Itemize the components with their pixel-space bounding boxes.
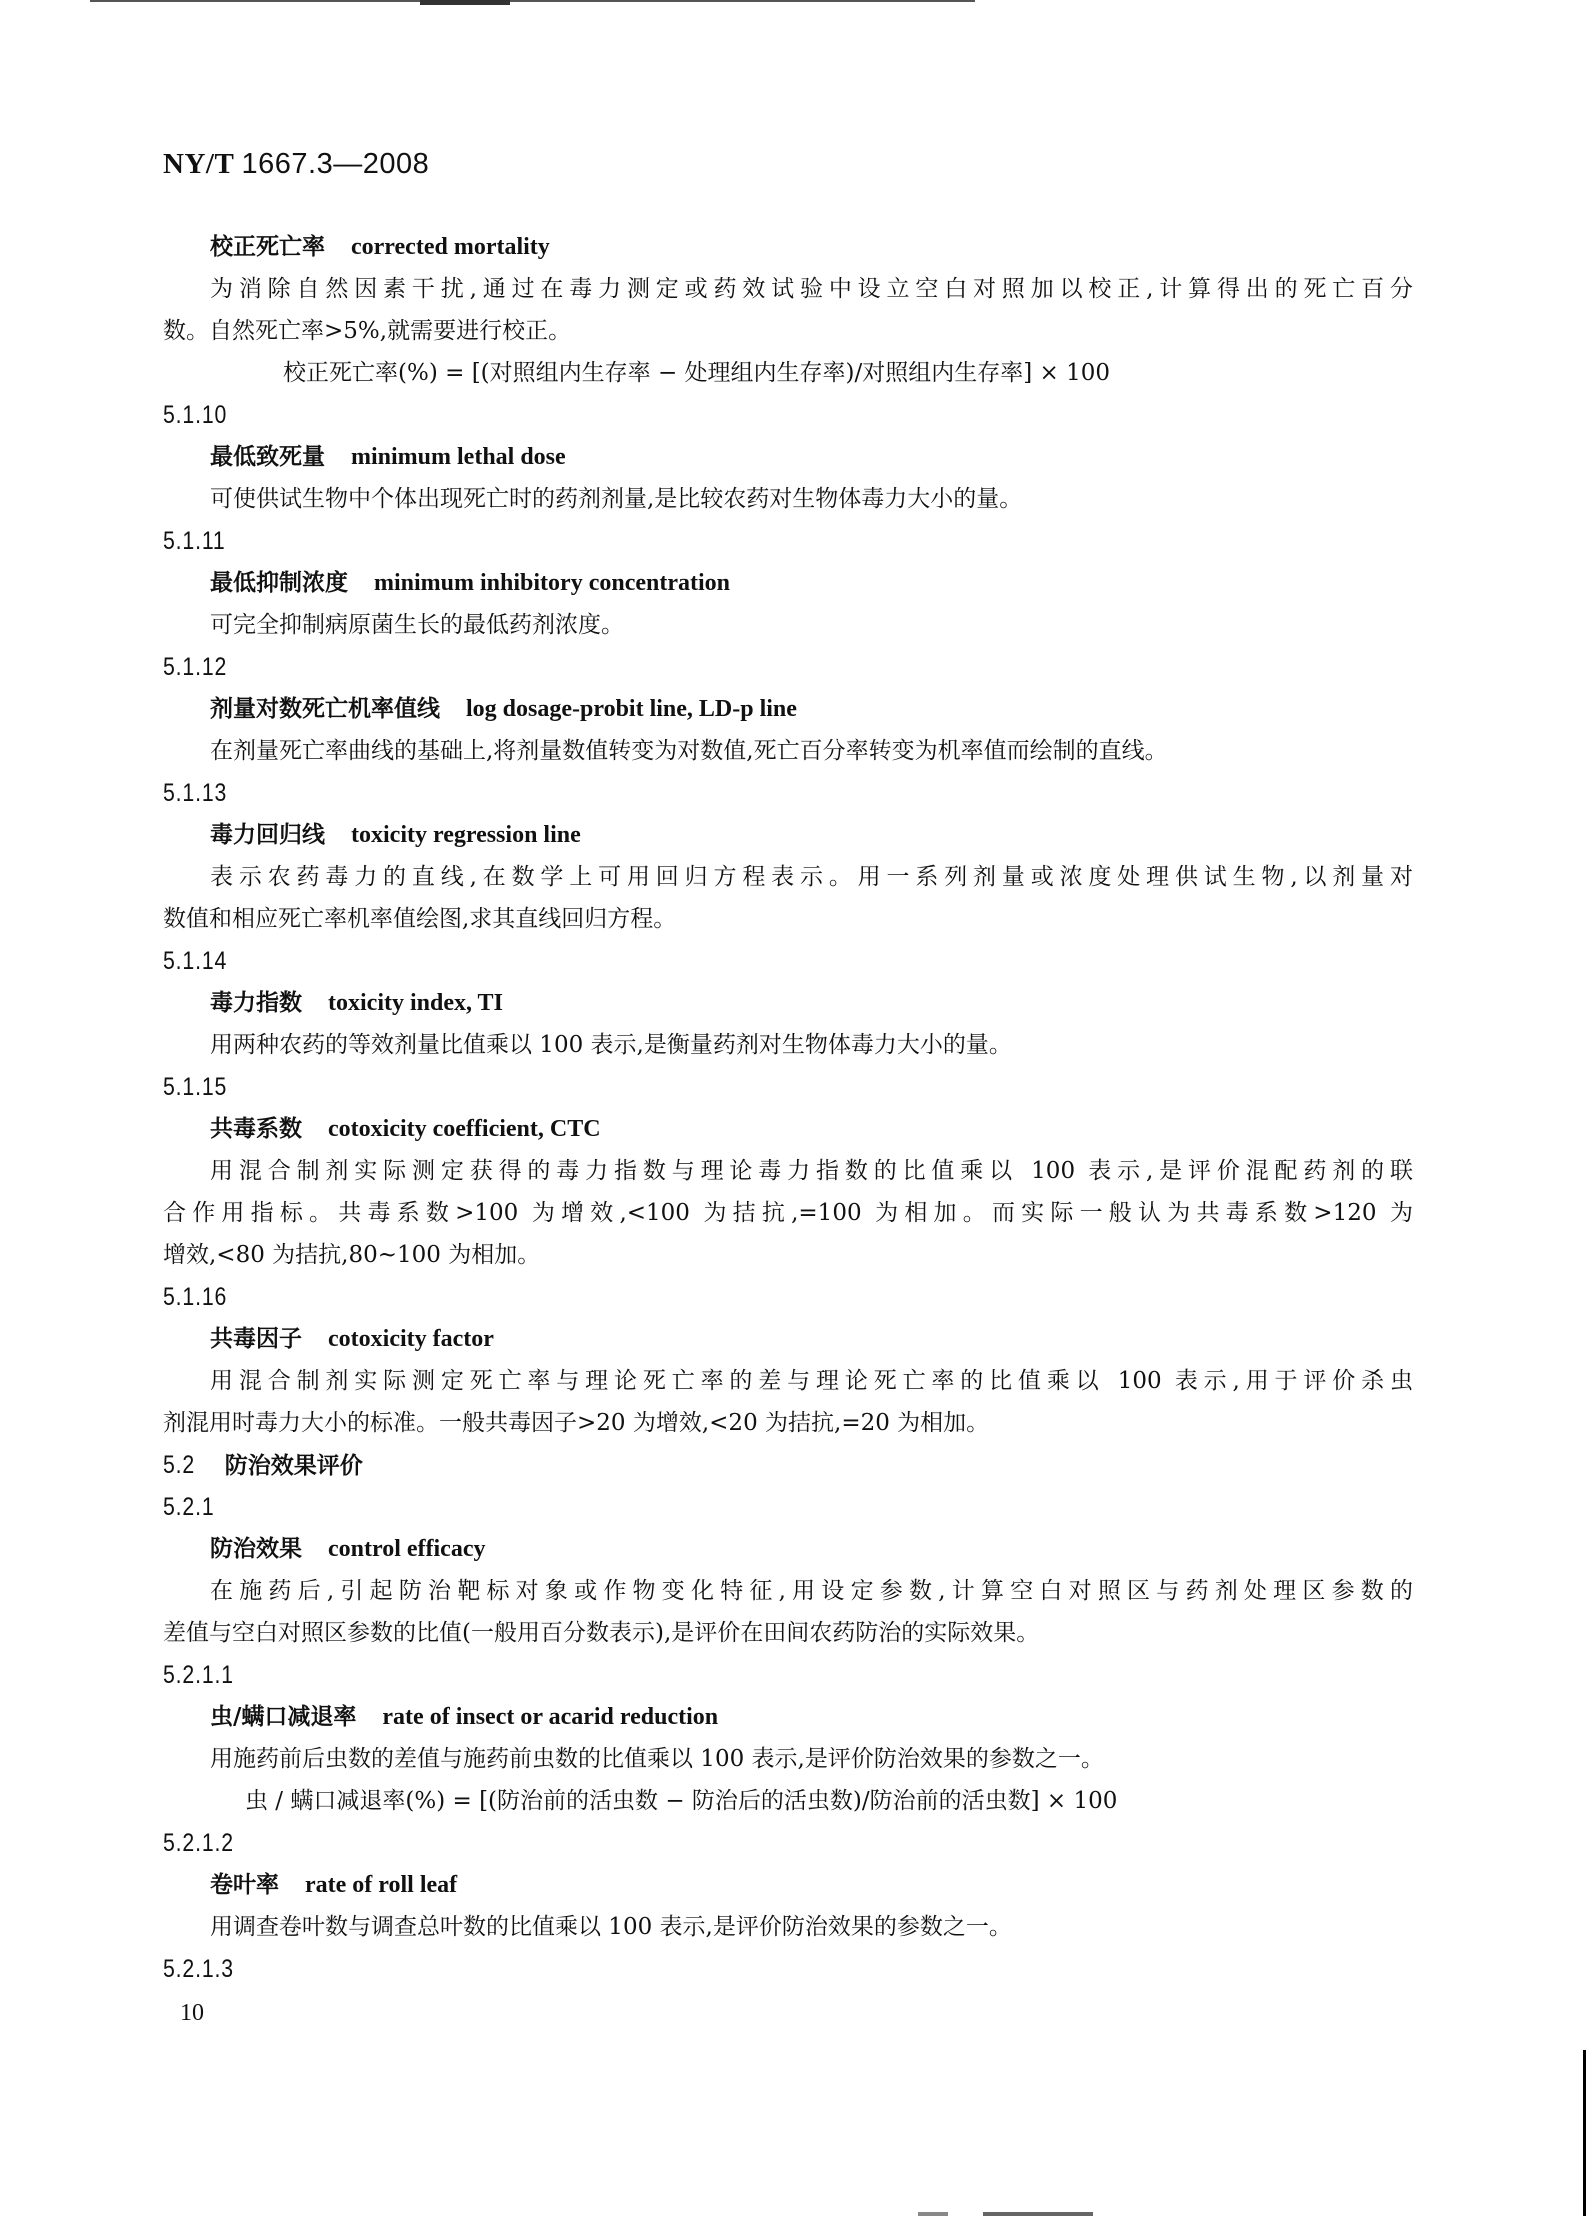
- term-en: toxicity regression line: [351, 822, 581, 848]
- term-cotoxicity-coefficient: 共毒系数cotoxicity coefficient, CTC: [163, 1108, 1413, 1150]
- section-number: 5.1.13: [163, 772, 1226, 814]
- definition-line: 可完全抑制病原菌生长的最低药剂浓度。: [163, 604, 1413, 646]
- definition-line: 在施药后,引起防治靶标对象或作物变化特征,用设定参数,计算空白对照区与药剂处理区…: [163, 1570, 1413, 1612]
- bottom-scan-mark: [983, 2212, 1093, 2216]
- term-zh: 卷叶率: [210, 1872, 279, 1898]
- formula: 虫 / 螨口减退率(%) = [(防治前的活虫数 − 防治后的活虫数)/防治前的…: [163, 1780, 1413, 1822]
- term-zh: 最低抑制浓度: [210, 570, 348, 596]
- term-zh: 防治效果: [210, 1536, 302, 1562]
- term-cotoxicity-factor: 共毒因子cotoxicity factor: [163, 1318, 1413, 1360]
- doc-code-number: 1667.3—2008: [242, 148, 430, 180]
- definition-line: 可使供试生物中个体出现死亡时的药剂剂量,是比较农药对生物体毒力大小的量。: [163, 478, 1413, 520]
- definition-line: 在剂量死亡率曲线的基础上,将剂量数值转变为对数值,死亡百分率转变为机率值而绘制的…: [163, 730, 1413, 772]
- section-number: 5.1.16: [163, 1276, 1226, 1318]
- term-en: cotoxicity factor: [328, 1326, 494, 1352]
- term-corrected-mortality: 校正死亡率corrected mortality: [163, 226, 1413, 268]
- definition-line: 用混合制剂实际测定死亡率与理论死亡率的差与理论死亡率的比值乘以 100 表示,用…: [163, 1360, 1413, 1402]
- definition-line: 用混合制剂实际测定获得的毒力指数与理论毒力指数的比值乘以 100 表示,是评价混…: [163, 1150, 1413, 1192]
- definition-line: 用调查卷叶数与调查总叶数的比值乘以 100 表示,是评价防治效果的参数之一。: [163, 1906, 1413, 1948]
- formula: 校正死亡率(%) = [(对照组内生存率 − 处理组内生存率)/对照组内生存率]…: [163, 352, 1413, 394]
- definition-line: 为消除自然因素干扰,通过在毒力测定或药效试验中设立空白对照加以校正,计算得出的死…: [163, 268, 1413, 310]
- term-en: toxicity index, TI: [328, 990, 503, 1016]
- section-number: 5.2.1.3: [163, 1948, 1226, 1990]
- term-roll-leaf-rate: 卷叶率rate of roll leaf: [163, 1864, 1413, 1906]
- term-en: rate of roll leaf: [305, 1872, 457, 1898]
- definition-line: 剂混用时毒力大小的标准。一般共毒因子>20 为增效,<20 为拮抗,=20 为相…: [163, 1402, 1413, 1444]
- term-zh: 共毒因子: [210, 1326, 302, 1352]
- term-en: log dosage-probit line, LD-p line: [466, 696, 797, 722]
- section-number: 5.2.1: [163, 1486, 1226, 1528]
- definition-line: 差值与空白对照区参数的比值(一般用百分数表示),是评价在田间农药防治的实际效果。: [163, 1612, 1413, 1654]
- top-border-line: [90, 0, 975, 2]
- section-title: 防治效果评价: [225, 1453, 363, 1479]
- term-control-efficacy: 防治效果control efficacy: [163, 1528, 1413, 1570]
- term-en: control efficacy: [328, 1536, 486, 1562]
- term-log-dosage-probit-line: 剂量对数死亡机率值线log dosage-probit line, LD-p l…: [163, 688, 1413, 730]
- definition-line: 表示农药毒力的直线,在数学上可用回归方程表示。用一系列剂量或浓度处理供试生物,以…: [163, 856, 1413, 898]
- term-toxicity-index: 毒力指数toxicity index, TI: [163, 982, 1413, 1024]
- term-minimum-inhibitory-concentration: 最低抑制浓度minimum inhibitory concentration: [163, 562, 1413, 604]
- term-en: minimum inhibitory concentration: [374, 570, 730, 596]
- bottom-scan-mark: [918, 2212, 948, 2216]
- section-number: 5.2: [163, 1444, 195, 1486]
- term-zh: 虫/螨口减退率: [210, 1704, 356, 1730]
- definition-line: 数。自然死亡率>5%,就需要进行校正。: [163, 310, 1413, 352]
- doc-code-prefix: NY/T: [163, 148, 234, 180]
- definition-line: 用两种农药的等效剂量比值乘以 100 表示,是衡量药剂对生物体毒力大小的量。: [163, 1024, 1413, 1066]
- page-number: 10: [180, 2000, 204, 2027]
- section-number: 5.1.10: [163, 394, 1226, 436]
- term-zh: 毒力回归线: [210, 822, 325, 848]
- term-zh: 最低致死量: [210, 444, 325, 470]
- section-heading-5-2: 5.2防治效果评价: [163, 1444, 1413, 1486]
- term-en: minimum lethal dose: [351, 444, 566, 470]
- term-zh: 共毒系数: [210, 1116, 302, 1142]
- term-minimum-lethal-dose: 最低致死量minimum lethal dose: [163, 436, 1413, 478]
- top-scan-mark: [420, 0, 510, 5]
- section-number: 5.1.15: [163, 1066, 1226, 1108]
- document-body: 校正死亡率corrected mortality 为消除自然因素干扰,通过在毒力…: [163, 226, 1413, 1990]
- section-number: 5.2.1.1: [163, 1654, 1226, 1696]
- section-number: 5.1.11: [163, 520, 1226, 562]
- term-zh: 毒力指数: [210, 990, 302, 1016]
- term-en: corrected mortality: [351, 234, 550, 260]
- term-zh: 剂量对数死亡机率值线: [210, 696, 440, 722]
- definition-line: 数值和相应死亡率机率值绘图,求其直线回归方程。: [163, 898, 1413, 940]
- term-toxicity-regression-line: 毒力回归线toxicity regression line: [163, 814, 1413, 856]
- term-en: cotoxicity coefficient, CTC: [328, 1116, 601, 1142]
- definition-line: 用施药前后虫数的差值与施药前虫数的比值乘以 100 表示,是评价防治效果的参数之…: [163, 1738, 1413, 1780]
- term-en: rate of insect or acarid reduction: [382, 1704, 718, 1730]
- term-zh: 校正死亡率: [210, 234, 325, 260]
- section-number: 5.1.12: [163, 646, 1226, 688]
- definition-line: 合作用指标。共毒系数>100 为增效,<100 为拮抗,=100 为相加。而实际…: [163, 1192, 1413, 1234]
- document-code: NY/T 1667.3—2008: [163, 148, 429, 181]
- term-insect-acarid-reduction: 虫/螨口减退率rate of insect or acarid reductio…: [163, 1696, 1413, 1738]
- definition-line: 增效,<80 为拮抗,80~100 为相加。: [163, 1234, 1413, 1276]
- section-number: 5.2.1.2: [163, 1822, 1226, 1864]
- section-number: 5.1.14: [163, 940, 1226, 982]
